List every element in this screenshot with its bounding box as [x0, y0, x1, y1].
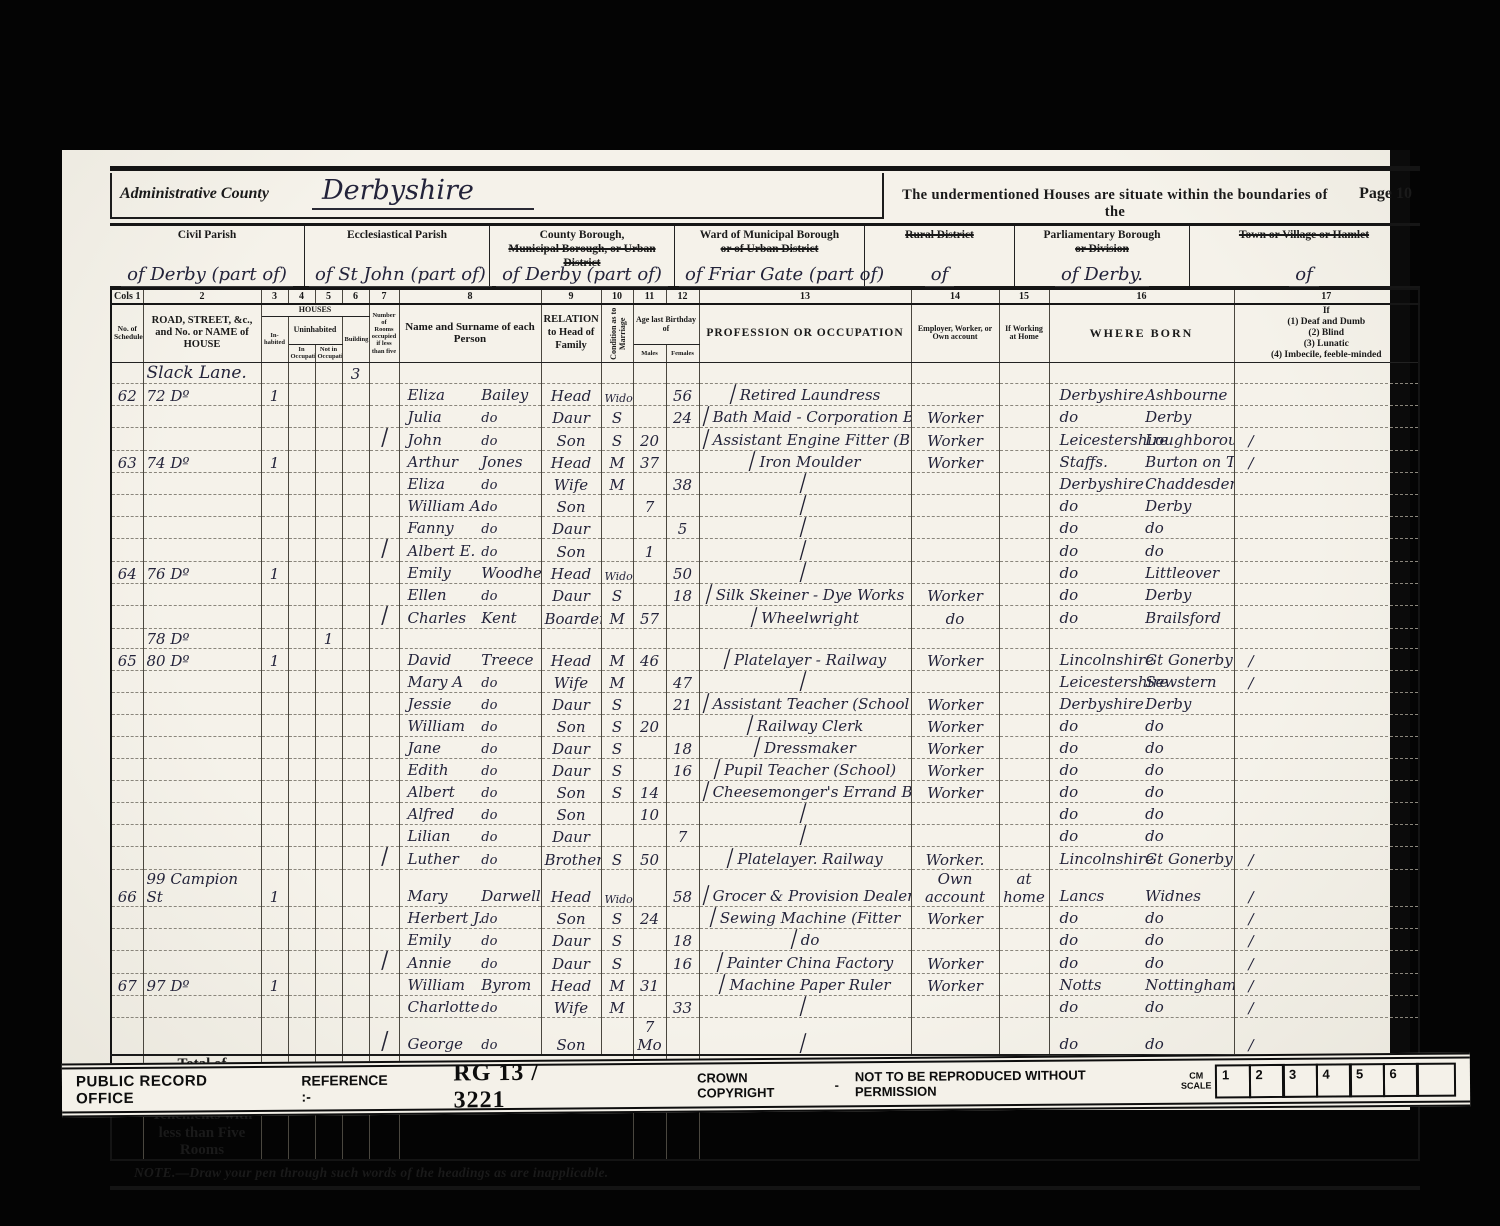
- uninhabited-empty-cell: [315, 494, 342, 516]
- relation-cell: Wife: [541, 995, 601, 1017]
- uninhabited-occupied-cell: [288, 383, 315, 405]
- schedule-cell: [111, 670, 143, 692]
- occupation-cell: ∕Sewing Machine (Fitter: [699, 906, 911, 928]
- name-cell: Elizado: [399, 472, 541, 494]
- condition-cell: S: [601, 758, 633, 780]
- at-home-cell: [999, 516, 1049, 538]
- building-cell: [342, 928, 369, 950]
- address-cell: 97 Dº: [143, 973, 261, 995]
- where-born-cell: dodo: [1049, 950, 1234, 973]
- col-header-schedule: No. of Schedule: [111, 304, 143, 362]
- age-male-cell: 20: [633, 714, 666, 736]
- schedule-cell: 62: [111, 383, 143, 405]
- building-cell: [342, 1017, 369, 1055]
- uninhabited-empty-cell: [315, 427, 342, 450]
- condition-cell: M: [601, 450, 633, 472]
- where-born-cell: DerbyshireDerby: [1049, 692, 1234, 714]
- admin-county-band: Administrative County Derbyshire The und…: [110, 166, 1420, 226]
- employer-cell: Worker: [911, 736, 999, 758]
- census-row: 78 Dº1: [111, 628, 1419, 648]
- address-cell: 80 Dº: [143, 648, 261, 670]
- infirmity-cell: ∕: [1234, 928, 1419, 950]
- building-cell: [342, 758, 369, 780]
- age-male-cell: 7: [633, 494, 666, 516]
- district-value: of Derby (part of): [494, 264, 670, 285]
- name-cell: ArthurJones: [399, 450, 541, 472]
- age-female-cell: [666, 780, 699, 802]
- building-cell: [342, 472, 369, 494]
- column-number: 8: [399, 289, 541, 304]
- age-female-cell: 18: [666, 928, 699, 950]
- uninhabited-empty-cell: [315, 605, 342, 628]
- uninhabited-empty-cell: [315, 928, 342, 950]
- age-male-cell: 50: [633, 846, 666, 869]
- enumerator-slash-mark: ∕: [715, 950, 724, 973]
- col-header-in-occupation: In Occupation: [288, 345, 315, 362]
- uninhabited-occupied-cell: [288, 583, 315, 605]
- infirmity-cell: ∕: [1234, 995, 1419, 1017]
- census-row: JanedoDaurS18∕DressmakerWorkerdodo: [111, 736, 1419, 758]
- uninhabited-occupied-cell: [288, 802, 315, 824]
- occupation-cell: ∕: [699, 516, 911, 538]
- condition-cell: Widow: [601, 869, 633, 906]
- where-born-cell: dodo: [1049, 928, 1234, 950]
- col-header-profession: PROFESSION OR OCCUPATION: [699, 304, 911, 362]
- uninhabited-empty-cell: [315, 450, 342, 472]
- census-row: JessiedoDaurS21∕Assistant Teacher (Schoo…: [111, 692, 1419, 714]
- building-cell: [342, 950, 369, 973]
- infirmity-cell: ∕: [1234, 427, 1419, 450]
- district-value: of Derby.: [1019, 264, 1185, 285]
- condition-cell: [601, 516, 633, 538]
- inhabited-cell: [261, 950, 288, 973]
- name-cell: Ellendo: [399, 583, 541, 605]
- enumerator-cross-mark: ∕∕: [381, 605, 387, 628]
- address-cell: [143, 1017, 261, 1055]
- column-number: 16: [1049, 289, 1234, 304]
- age-male-cell: 37: [633, 450, 666, 472]
- cm-scale-cell: 4: [1315, 1063, 1351, 1097]
- condition-cell: S: [601, 427, 633, 450]
- where-born-cell: LincolnshireGt Gonerby: [1049, 648, 1234, 670]
- name-cell: Johndo: [399, 427, 541, 450]
- cm-scale-cell: 3: [1282, 1064, 1318, 1098]
- address-cell: [143, 605, 261, 628]
- employer-cell: Worker: [911, 714, 999, 736]
- inhabited-cell: [261, 605, 288, 628]
- at-home-cell: [999, 450, 1049, 472]
- employer-cell: Worker: [911, 692, 999, 714]
- at-home-cell: [999, 538, 1049, 561]
- name-cell: Janedo: [399, 736, 541, 758]
- address-cell: [143, 583, 261, 605]
- rooms-cell: [369, 516, 399, 538]
- occupation-cell: ∕Silk Skeiner - Dye Works: [699, 583, 911, 605]
- rooms-cell: [369, 405, 399, 427]
- condition-cell: [601, 494, 633, 516]
- col-header-rooms: Number of Rooms occupied if less than fi…: [369, 304, 399, 362]
- name-cell: MaryDarwell: [399, 869, 541, 906]
- enumerator-slash-mark: ∕: [726, 846, 735, 869]
- relation-cell: Son: [541, 714, 601, 736]
- where-born-cell: [1049, 628, 1234, 648]
- inhabited-cell: 1: [261, 973, 288, 995]
- column-number: 11: [633, 289, 666, 304]
- occupation-cell: ∕Dressmaker: [699, 736, 911, 758]
- uninhabited-empty-cell: [315, 405, 342, 427]
- enumerator-slash-mark: ∕: [745, 714, 754, 736]
- census-form: Administrative County Derbyshire The und…: [110, 166, 1420, 1190]
- address-cell: [143, 846, 261, 869]
- schedule-cell: 65: [111, 648, 143, 670]
- relation-cell: Head: [541, 869, 601, 906]
- inhabited-cell: [261, 516, 288, 538]
- where-born-cell: doBrailsford: [1049, 605, 1234, 628]
- district-label: Civil Parish: [110, 229, 304, 243]
- where-born-cell: doDerby: [1049, 583, 1234, 605]
- cm-scale-cell: 6: [1382, 1063, 1418, 1097]
- age-female-cell: [666, 494, 699, 516]
- pro-reference-strip: PUBLIC RECORD OFFICE REFERENCE :- RG 13 …: [62, 1052, 1470, 1117]
- condition-cell: [601, 1017, 633, 1055]
- enumerator-slash-mark: ∕: [748, 450, 757, 472]
- infirmity-cell: [1234, 780, 1419, 802]
- census-rows: Slack Lane.36272 Dº1ElizaBaileyHeadWidow…: [111, 362, 1419, 1055]
- building-cell: [342, 648, 369, 670]
- pro-copyright-label: CROWN COPYRIGHT: [697, 1070, 819, 1101]
- employer-cell: [911, 928, 999, 950]
- at-home-cell: [999, 995, 1049, 1017]
- uninhabited-empty-cell: [315, 714, 342, 736]
- cm-scale-cell: 2: [1248, 1064, 1284, 1098]
- census-row: Slack Lane.3: [111, 362, 1419, 383]
- occupation-cell: ∕: [699, 802, 911, 824]
- rooms-cell: [369, 648, 399, 670]
- enumerator-slash-mark: ∕: [750, 605, 759, 628]
- schedule-cell: 64: [111, 561, 143, 583]
- occupation-cell: [699, 362, 911, 383]
- district-label: Town or Village or Hamlet: [1190, 229, 1418, 243]
- uninhabited-empty-cell: [315, 906, 342, 928]
- schedule-cell: [111, 628, 143, 648]
- building-cell: [342, 516, 369, 538]
- relation-cell: Head: [541, 383, 601, 405]
- relation-cell: Son: [541, 538, 601, 561]
- enumerator-cross-mark: ∕∕: [381, 538, 387, 561]
- census-row: ElizadoWifeM38∕DerbyshireChaddesden: [111, 472, 1419, 494]
- at-home-cell: [999, 736, 1049, 758]
- col-header-name: Name and Surname of each Person: [399, 304, 541, 362]
- uninhabited-occupied-cell: [288, 628, 315, 648]
- inhabited-cell: [261, 538, 288, 561]
- uninhabited-occupied-cell: [288, 758, 315, 780]
- address-cell: [143, 427, 261, 450]
- at-home-cell: [999, 670, 1049, 692]
- infirmity-cell: [1234, 538, 1419, 561]
- uninhabited-occupied-cell: [288, 516, 315, 538]
- name-cell: [399, 628, 541, 648]
- uninhabited-occupied-cell: [288, 736, 315, 758]
- at-home-cell: [999, 648, 1049, 670]
- uninhabited-occupied-cell: [288, 472, 315, 494]
- cm-scale-cell: 5: [1349, 1063, 1385, 1097]
- age-female-cell: 56: [666, 383, 699, 405]
- rooms-cell: [369, 802, 399, 824]
- address-cell: [143, 494, 261, 516]
- col-header-at-home: If Working at Home: [999, 304, 1049, 362]
- age-female-cell: 7: [666, 824, 699, 846]
- enumerator-slash-mark: ∕: [799, 670, 808, 692]
- address-cell: [143, 995, 261, 1017]
- condition-cell: [601, 824, 633, 846]
- building-cell: [342, 383, 369, 405]
- uninhabited-occupied-cell: [288, 928, 315, 950]
- where-born-cell: LeicestershireLoughborough: [1049, 427, 1234, 450]
- address-cell: [143, 780, 261, 802]
- infirmity-cell: ∕: [1234, 869, 1419, 906]
- pro-office-label: PUBLIC RECORD OFFICE: [76, 1072, 256, 1107]
- uninhabited-occupied-cell: [288, 538, 315, 561]
- at-home-cell: [999, 950, 1049, 973]
- address-cell: [143, 692, 261, 714]
- district-box: Rural Districtof: [865, 226, 1015, 286]
- building-cell: [342, 824, 369, 846]
- census-row: 6797 Dº1WilliamByromHeadM31∕Machine Pape…: [111, 973, 1419, 995]
- address-cell: Slack Lane.: [143, 362, 261, 383]
- building-cell: 3: [342, 362, 369, 383]
- address-cell: [143, 906, 261, 928]
- condition-cell: Widow: [601, 561, 633, 583]
- census-row: William A.doSon7∕doDerby: [111, 494, 1419, 516]
- col-header-condition: Condition as to Marriage: [601, 304, 633, 362]
- rooms-cell: [369, 824, 399, 846]
- age-male-cell: 24: [633, 906, 666, 928]
- building-cell: [342, 846, 369, 869]
- district-box: Parliamentary Boroughor Divisionof Derby…: [1015, 226, 1190, 286]
- inhabited-cell: [261, 736, 288, 758]
- infirmity-cell: ∕: [1234, 950, 1419, 973]
- age-female-cell: [666, 714, 699, 736]
- employer-cell: Own account: [911, 869, 999, 906]
- inhabited-cell: 1: [261, 561, 288, 583]
- district-box: County Borough,Municipal Borough, or Urb…: [490, 226, 675, 286]
- occupation-cell: ∕: [699, 995, 911, 1017]
- at-home-cell: [999, 383, 1049, 405]
- age-male-cell: [633, 628, 666, 648]
- census-row: 6476 Dº1EmilyWoodheadHeadWidow50∕doLittl…: [111, 561, 1419, 583]
- building-cell: [342, 583, 369, 605]
- enumerator-slash-mark: ∕: [718, 973, 727, 995]
- headings-note: NOTE.—Draw your pen through such words o…: [110, 1161, 1420, 1190]
- address-cell: [143, 758, 261, 780]
- uninhabited-occupied-cell: [288, 824, 315, 846]
- col-header-building: Building: [342, 316, 369, 362]
- uninhabited-empty-cell: [315, 670, 342, 692]
- enumerator-slash-mark: ∕: [701, 881, 710, 906]
- name-cell: Fannydo: [399, 516, 541, 538]
- occupation-cell: ∕: [699, 670, 911, 692]
- at-home-cell: [999, 846, 1049, 869]
- inhabited-cell: [261, 824, 288, 846]
- relation-cell: Head: [541, 450, 601, 472]
- where-born-cell: Staffs.Burton on Trent: [1049, 450, 1234, 472]
- inhabited-cell: [261, 427, 288, 450]
- employer-cell: [911, 362, 999, 383]
- condition-cell: [601, 538, 633, 561]
- column-number: Cols 1: [111, 289, 143, 304]
- name-cell: Mary Ado: [399, 670, 541, 692]
- infirmity-cell: [1234, 692, 1419, 714]
- scan-background: { "header": { "admin_county_label": "Adm…: [0, 0, 1500, 1226]
- at-home-cell: [999, 605, 1049, 628]
- building-cell: [342, 995, 369, 1017]
- schedule-cell: [111, 362, 143, 383]
- col-header-males: Males: [633, 345, 666, 362]
- infirmity-cell: ∕: [1234, 906, 1419, 928]
- age-female-cell: 50: [666, 561, 699, 583]
- rooms-cell: [369, 670, 399, 692]
- uninhabited-empty-cell: [315, 561, 342, 583]
- district-label: Ward of Municipal Boroughor of Urban Dis…: [675, 229, 864, 257]
- col-header-employer: Employer, Worker, or Own account: [911, 304, 999, 362]
- district-value: of St John (part of): [309, 264, 485, 285]
- district-box: Town or Village or Hamletof: [1190, 226, 1418, 286]
- uninhabited-occupied-cell: [288, 869, 315, 906]
- building-cell: [342, 906, 369, 928]
- uninhabited-occupied-cell: [288, 714, 315, 736]
- schedule-cell: [111, 583, 143, 605]
- occupation-cell: ∕Machine Paper Ruler: [699, 973, 911, 995]
- rooms-cell: [369, 714, 399, 736]
- occupation-cell: ∕Painter China Factory: [699, 950, 911, 973]
- district-box: Ecclesiastical Parishof St John (part of…: [305, 226, 490, 286]
- employer-cell: Worker: [911, 950, 999, 973]
- admin-county-box: Administrative County Derbyshire: [110, 173, 884, 219]
- enumerator-slash-mark: ∕: [723, 648, 732, 670]
- relation-cell: Brother: [541, 846, 601, 869]
- pro-dash: -: [835, 1077, 839, 1092]
- age-male-cell: 46: [633, 648, 666, 670]
- census-row: ∕∕LutherdoBrotherS50∕Platelayer. Railway…: [111, 846, 1419, 869]
- census-row: EdithdoDaurS16∕Pupil Teacher (School)Wor…: [111, 758, 1419, 780]
- occupation-cell: ∕Railway Clerk: [699, 714, 911, 736]
- employer-cell: [911, 494, 999, 516]
- infirmity-cell: [1234, 362, 1419, 383]
- relation-cell: Head: [541, 648, 601, 670]
- name-cell: ElizaBailey: [399, 383, 541, 405]
- inhabited-cell: [261, 362, 288, 383]
- uninhabited-occupied-cell: [288, 450, 315, 472]
- col-header-relation: RELATION to Head of Family: [541, 304, 601, 362]
- col-header-not-in-occupation: Not in Occupation: [315, 345, 342, 362]
- address-cell: 74 Dº: [143, 450, 261, 472]
- age-female-cell: [666, 628, 699, 648]
- rooms-cell: ∕∕: [369, 427, 399, 450]
- uninhabited-empty-cell: [315, 950, 342, 973]
- admin-county-label: Administrative County: [120, 185, 269, 203]
- inhabited-cell: 1: [261, 869, 288, 906]
- age-male-cell: 31: [633, 973, 666, 995]
- occupation-cell: ∕Iron Moulder: [699, 450, 911, 472]
- infirmity-cell: [1234, 516, 1419, 538]
- column-number: 9: [541, 289, 601, 304]
- census-row: 6699 Campion St1MaryDarwellHeadWidow58∕G…: [111, 869, 1419, 906]
- address-cell: 99 Campion St: [143, 869, 261, 906]
- where-born-cell: dodo: [1049, 538, 1234, 561]
- census-row: CharlottedoWifeM33∕dodo∕: [111, 995, 1419, 1017]
- admin-county-value: Derbyshire: [312, 175, 534, 210]
- age-male-cell: [633, 516, 666, 538]
- rooms-cell: [369, 780, 399, 802]
- at-home-cell: [999, 1017, 1049, 1055]
- name-cell: Emilydo: [399, 928, 541, 950]
- occupation-cell: [699, 628, 911, 648]
- enumerator-slash-mark: ∕: [712, 758, 721, 780]
- relation-cell: Daur: [541, 928, 601, 950]
- at-home-cell: [999, 583, 1049, 605]
- address-cell: [143, 538, 261, 561]
- inhabited-cell: [261, 494, 288, 516]
- rooms-cell: [369, 869, 399, 906]
- age-male-cell: [633, 583, 666, 605]
- age-male-cell: [633, 995, 666, 1017]
- infirmity-cell: [1234, 824, 1419, 846]
- at-home-cell: [999, 561, 1049, 583]
- infirmity-cell: ∕: [1234, 450, 1419, 472]
- infirmity-cell: [1234, 628, 1419, 648]
- uninhabited-occupied-cell: [288, 405, 315, 427]
- enumerator-slash-mark: ∕: [704, 583, 713, 605]
- occupation-cell: ∕do: [699, 928, 911, 950]
- age-female-cell: 33: [666, 995, 699, 1017]
- uninhabited-empty-cell: [315, 869, 342, 906]
- at-home-cell: [999, 973, 1049, 995]
- schedule-cell: [111, 472, 143, 494]
- employer-cell: Worker: [911, 758, 999, 780]
- at-home-cell: [999, 714, 1049, 736]
- age-female-cell: [666, 906, 699, 928]
- infirmity-cell: ∕: [1234, 1017, 1419, 1055]
- column-number: 7: [369, 289, 399, 304]
- building-cell: [342, 605, 369, 628]
- cm-scale-ruler: 123456: [1217, 1063, 1456, 1099]
- column-number: 14: [911, 289, 999, 304]
- enumerator-slash-mark: ∕: [708, 906, 717, 928]
- age-female-cell: [666, 450, 699, 472]
- employer-cell: Worker: [911, 405, 999, 427]
- where-born-cell: DerbyshireChaddesden: [1049, 472, 1234, 494]
- inhabited-cell: [261, 583, 288, 605]
- census-page-scan: Administrative County Derbyshire The und…: [62, 150, 1410, 1110]
- condition-cell: S: [601, 928, 633, 950]
- employer-cell: Worker: [911, 906, 999, 928]
- at-home-cell: [999, 928, 1049, 950]
- uninhabited-empty-cell: [315, 780, 342, 802]
- where-born-cell: dodo: [1049, 516, 1234, 538]
- condition-cell: S: [601, 906, 633, 928]
- name-cell: Albertdo: [399, 780, 541, 802]
- occupation-cell: ∕: [699, 561, 911, 583]
- at-home-cell: [999, 780, 1049, 802]
- inhabited-cell: [261, 758, 288, 780]
- schedule-cell: [111, 605, 143, 628]
- relation-cell: Daur: [541, 516, 601, 538]
- at-home-cell: [999, 758, 1049, 780]
- inhabited-cell: 1: [261, 383, 288, 405]
- inhabited-cell: [261, 714, 288, 736]
- inhabited-cell: [261, 928, 288, 950]
- schedule-cell: [111, 427, 143, 450]
